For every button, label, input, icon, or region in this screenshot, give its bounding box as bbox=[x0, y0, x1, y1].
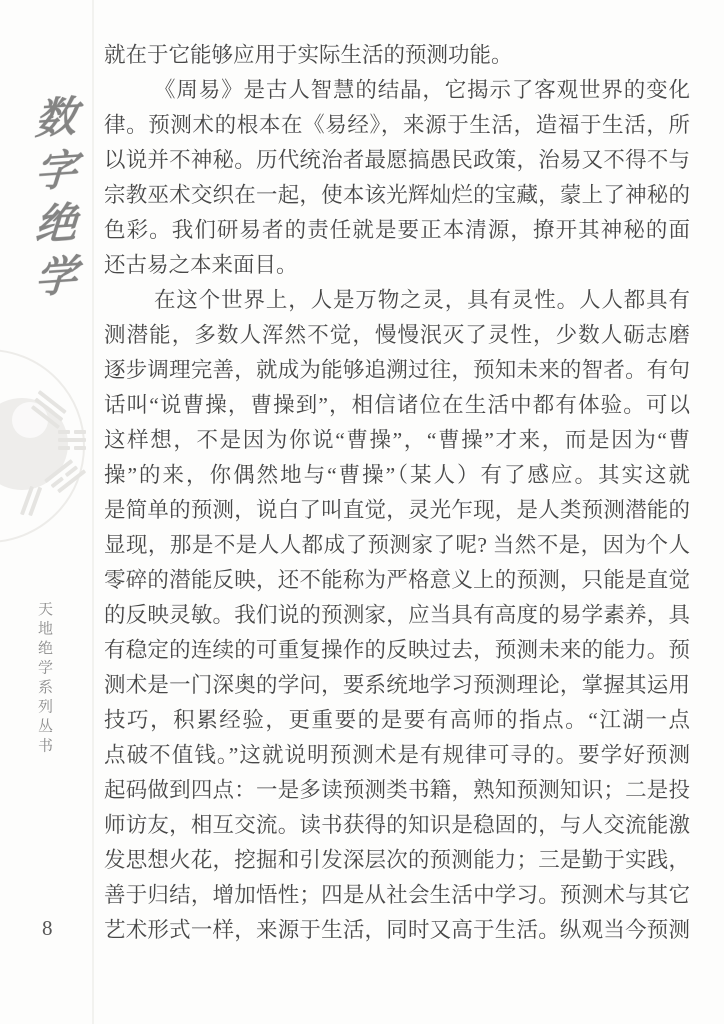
text-column: 就在于它能够应用于实际生活的预测功能。《周易》是古人智慧的结晶，它揭示了客观世界… bbox=[104, 38, 690, 948]
text-line: 测潜能，多数人浑然不觉，慢慢泯灭了灵性，少数人砺志磨练， bbox=[104, 318, 690, 353]
text-line: 零碎的潜能反映，还不能称为严格意义上的预测，只能是直觉 bbox=[104, 563, 690, 598]
text-line: 逐步调理完善，就成为能够追溯过往，预知未来的智者。有句 bbox=[104, 353, 690, 388]
text-line: 师访友，相互交流。读书获得的知识是稳固的，与人交流能激 bbox=[104, 808, 690, 843]
text-line: 点破不值钱。”这就说明预测术是有规律可寻的。要学好预测 bbox=[104, 738, 690, 773]
book-page: 数字绝学 bbox=[0, 0, 724, 1024]
text-line: 有稳定的连续的可重复操作的反映过去，预测未来的能力。预 bbox=[104, 633, 690, 668]
calligraphy-char: 学 bbox=[33, 253, 78, 302]
text-line: 测术是一门深奥的学问，要系统地学习预测理论，掌握其运用 bbox=[104, 668, 690, 703]
page-number: 8 bbox=[42, 916, 53, 941]
text-line: 操”的来，你偶然地与“曹操”（某人）有了感应。其实这就 bbox=[104, 458, 690, 493]
sidebar: 数字绝学 bbox=[0, 0, 100, 1024]
text-line: 艺术形式一样，来源于生活，同时又高于生活。纵观当今预测 bbox=[104, 913, 690, 948]
bagua-trigram-watermark-icon bbox=[0, 342, 88, 554]
calligraphy-title: 数字绝学 bbox=[28, 96, 84, 301]
text-line: 色彩。我们研易者的责任就是要正本清源，撩开其神秘的面纱， bbox=[104, 213, 690, 248]
text-line: 技巧，积累经验，更重要的是要有高师的指点。“江湖一点决， bbox=[104, 703, 690, 738]
text-line: 还古易之本来面目。 bbox=[104, 248, 690, 283]
text-line: 显现，那是不是人人都成了预测家了呢? 当然不是，因为个人 bbox=[104, 528, 690, 563]
text-line: 是简单的预测，说白了叫直觉，灵光乍现，是人类预测潜能的 bbox=[104, 493, 690, 528]
calligraphy-char: 数 bbox=[33, 94, 78, 143]
text-line: 以说并不神秘。历代统治者最愿搞愚民政策，治易又不得不与 bbox=[104, 143, 690, 178]
series-label: 天地绝学系列丛书 bbox=[34, 601, 55, 771]
text-line: 起码做到四点：一是多读预测类书籍，熟知预测知识；二是投 bbox=[104, 773, 690, 808]
calligraphy-char: 字 bbox=[33, 147, 78, 196]
text-line: 的反映灵敏。我们说的预测家，应当具有高度的易学素养，具 bbox=[104, 598, 690, 633]
text-line: 宗教巫术交织在一起，使本该光辉灿烂的宝藏，蒙上了神秘的 bbox=[104, 178, 690, 213]
text-line: 善于归结，增加悟性；四是从社会生活中学习。预测术与其它 bbox=[104, 878, 690, 913]
text-line: 话叫“说曹操，曹操到”，相信诸位在生活中都有体验。可以 bbox=[104, 388, 690, 423]
text-line: 《周易》是古人智慧的结晶，它揭示了客观世界的变化规 bbox=[104, 73, 690, 108]
text-line: 发思想火花，挖掘和引发深层次的预测能力；三是勤于实践， bbox=[104, 843, 690, 878]
text-line: 就在于它能够应用于实际生活的预测功能。 bbox=[104, 38, 690, 73]
text-line: 这样想，不是因为你说“曹操”，“曹操”才来，而是因为“曹 bbox=[104, 423, 690, 458]
text-line: 律。预测术的根本在《易经》，来源于生活，造福于生活，所 bbox=[104, 108, 690, 143]
text-line: 在这个世界上，人是万物之灵，具有灵性。人人都具有预 bbox=[104, 283, 690, 318]
calligraphy-char: 绝 bbox=[33, 200, 78, 249]
